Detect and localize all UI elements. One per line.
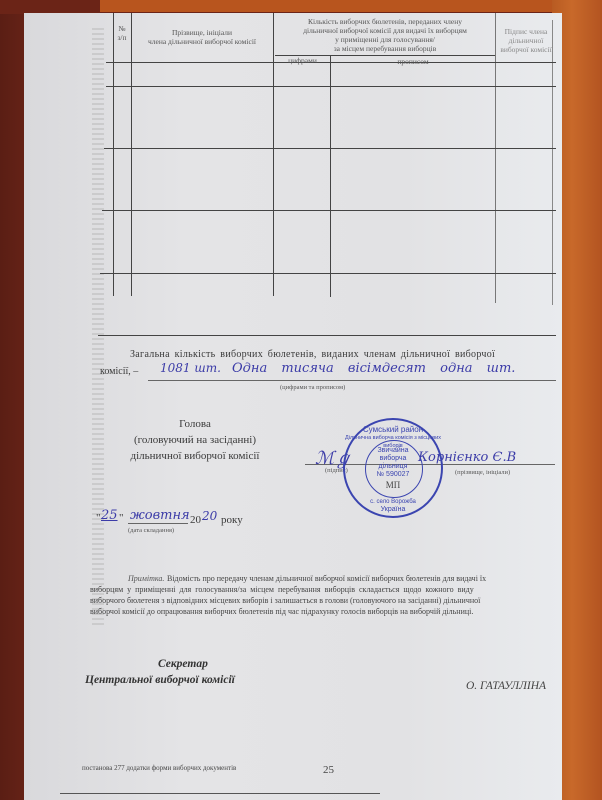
chair-title-line2: (головуючий на засіданні) bbox=[110, 434, 280, 446]
header-name: Прізвище, ініціали члена дільничної вибо… bbox=[132, 28, 272, 46]
total-handwritten-words: Одна тисяча вісімдесят одна шт. bbox=[232, 361, 515, 376]
total-label-line1: Загальна кількість виборчих бюлетенів, в… bbox=[130, 349, 495, 360]
date-open-quote: " bbox=[96, 512, 101, 524]
date-close-quote: " bbox=[119, 512, 124, 524]
date-year-prefix: 20 bbox=[190, 514, 201, 526]
seal-label: МП bbox=[345, 481, 441, 489]
header-number: № з/п bbox=[113, 24, 131, 42]
total-caption: (цифрами та прописом) bbox=[280, 384, 345, 391]
header-signature: Підпис члена дільничної виборчої комісії bbox=[496, 27, 556, 54]
secretary-title-line2: Центральної виборчої комісії bbox=[85, 674, 235, 686]
chair-title-line3: дільничної виборчої комісії bbox=[110, 450, 280, 462]
background-table-top-right bbox=[100, 0, 602, 12]
note-label: Примітка. bbox=[128, 574, 164, 583]
note-line3: виборчого бюлетеня з відповідних місцеви… bbox=[90, 596, 480, 605]
header-words: прописом bbox=[331, 57, 495, 66]
date-month: жовтня bbox=[130, 508, 190, 523]
note-line2: виборцям у приміщенні для голосування/за… bbox=[90, 585, 474, 594]
footer-note: постанова 277 додатки форми виборчих док… bbox=[82, 764, 236, 772]
chair-name-caption: (прізвище, ініціали) bbox=[455, 469, 510, 476]
header-ballots-count: Кількість виборчих бюлетенів, переданих … bbox=[275, 17, 495, 53]
total-label-line2: комісії, – bbox=[100, 366, 138, 377]
chair-title-line1: Голова bbox=[120, 418, 270, 430]
total-handwritten-digits: 1081 шт. bbox=[160, 361, 221, 375]
page-number: 25 bbox=[323, 764, 334, 776]
date-year-suffix: 20 bbox=[202, 509, 217, 523]
official-stamp: Сумський район Дільнична виборча комісія… bbox=[343, 418, 443, 518]
date-caption: (дата складання) bbox=[128, 527, 174, 534]
perforation-edge bbox=[92, 28, 104, 628]
note-line1: Відомість про передачу членам дільничної… bbox=[167, 574, 486, 583]
date-year-word: року bbox=[221, 514, 243, 526]
date-day: 25 bbox=[101, 508, 118, 523]
note-line4: виборчої комісії до опрацювання виборчих… bbox=[90, 607, 473, 616]
secretary-title-line1: Секретар bbox=[158, 658, 208, 670]
secretary-name: О. ГАТАУЛЛІНА bbox=[466, 680, 546, 692]
header-digits: цифрами bbox=[275, 56, 330, 65]
